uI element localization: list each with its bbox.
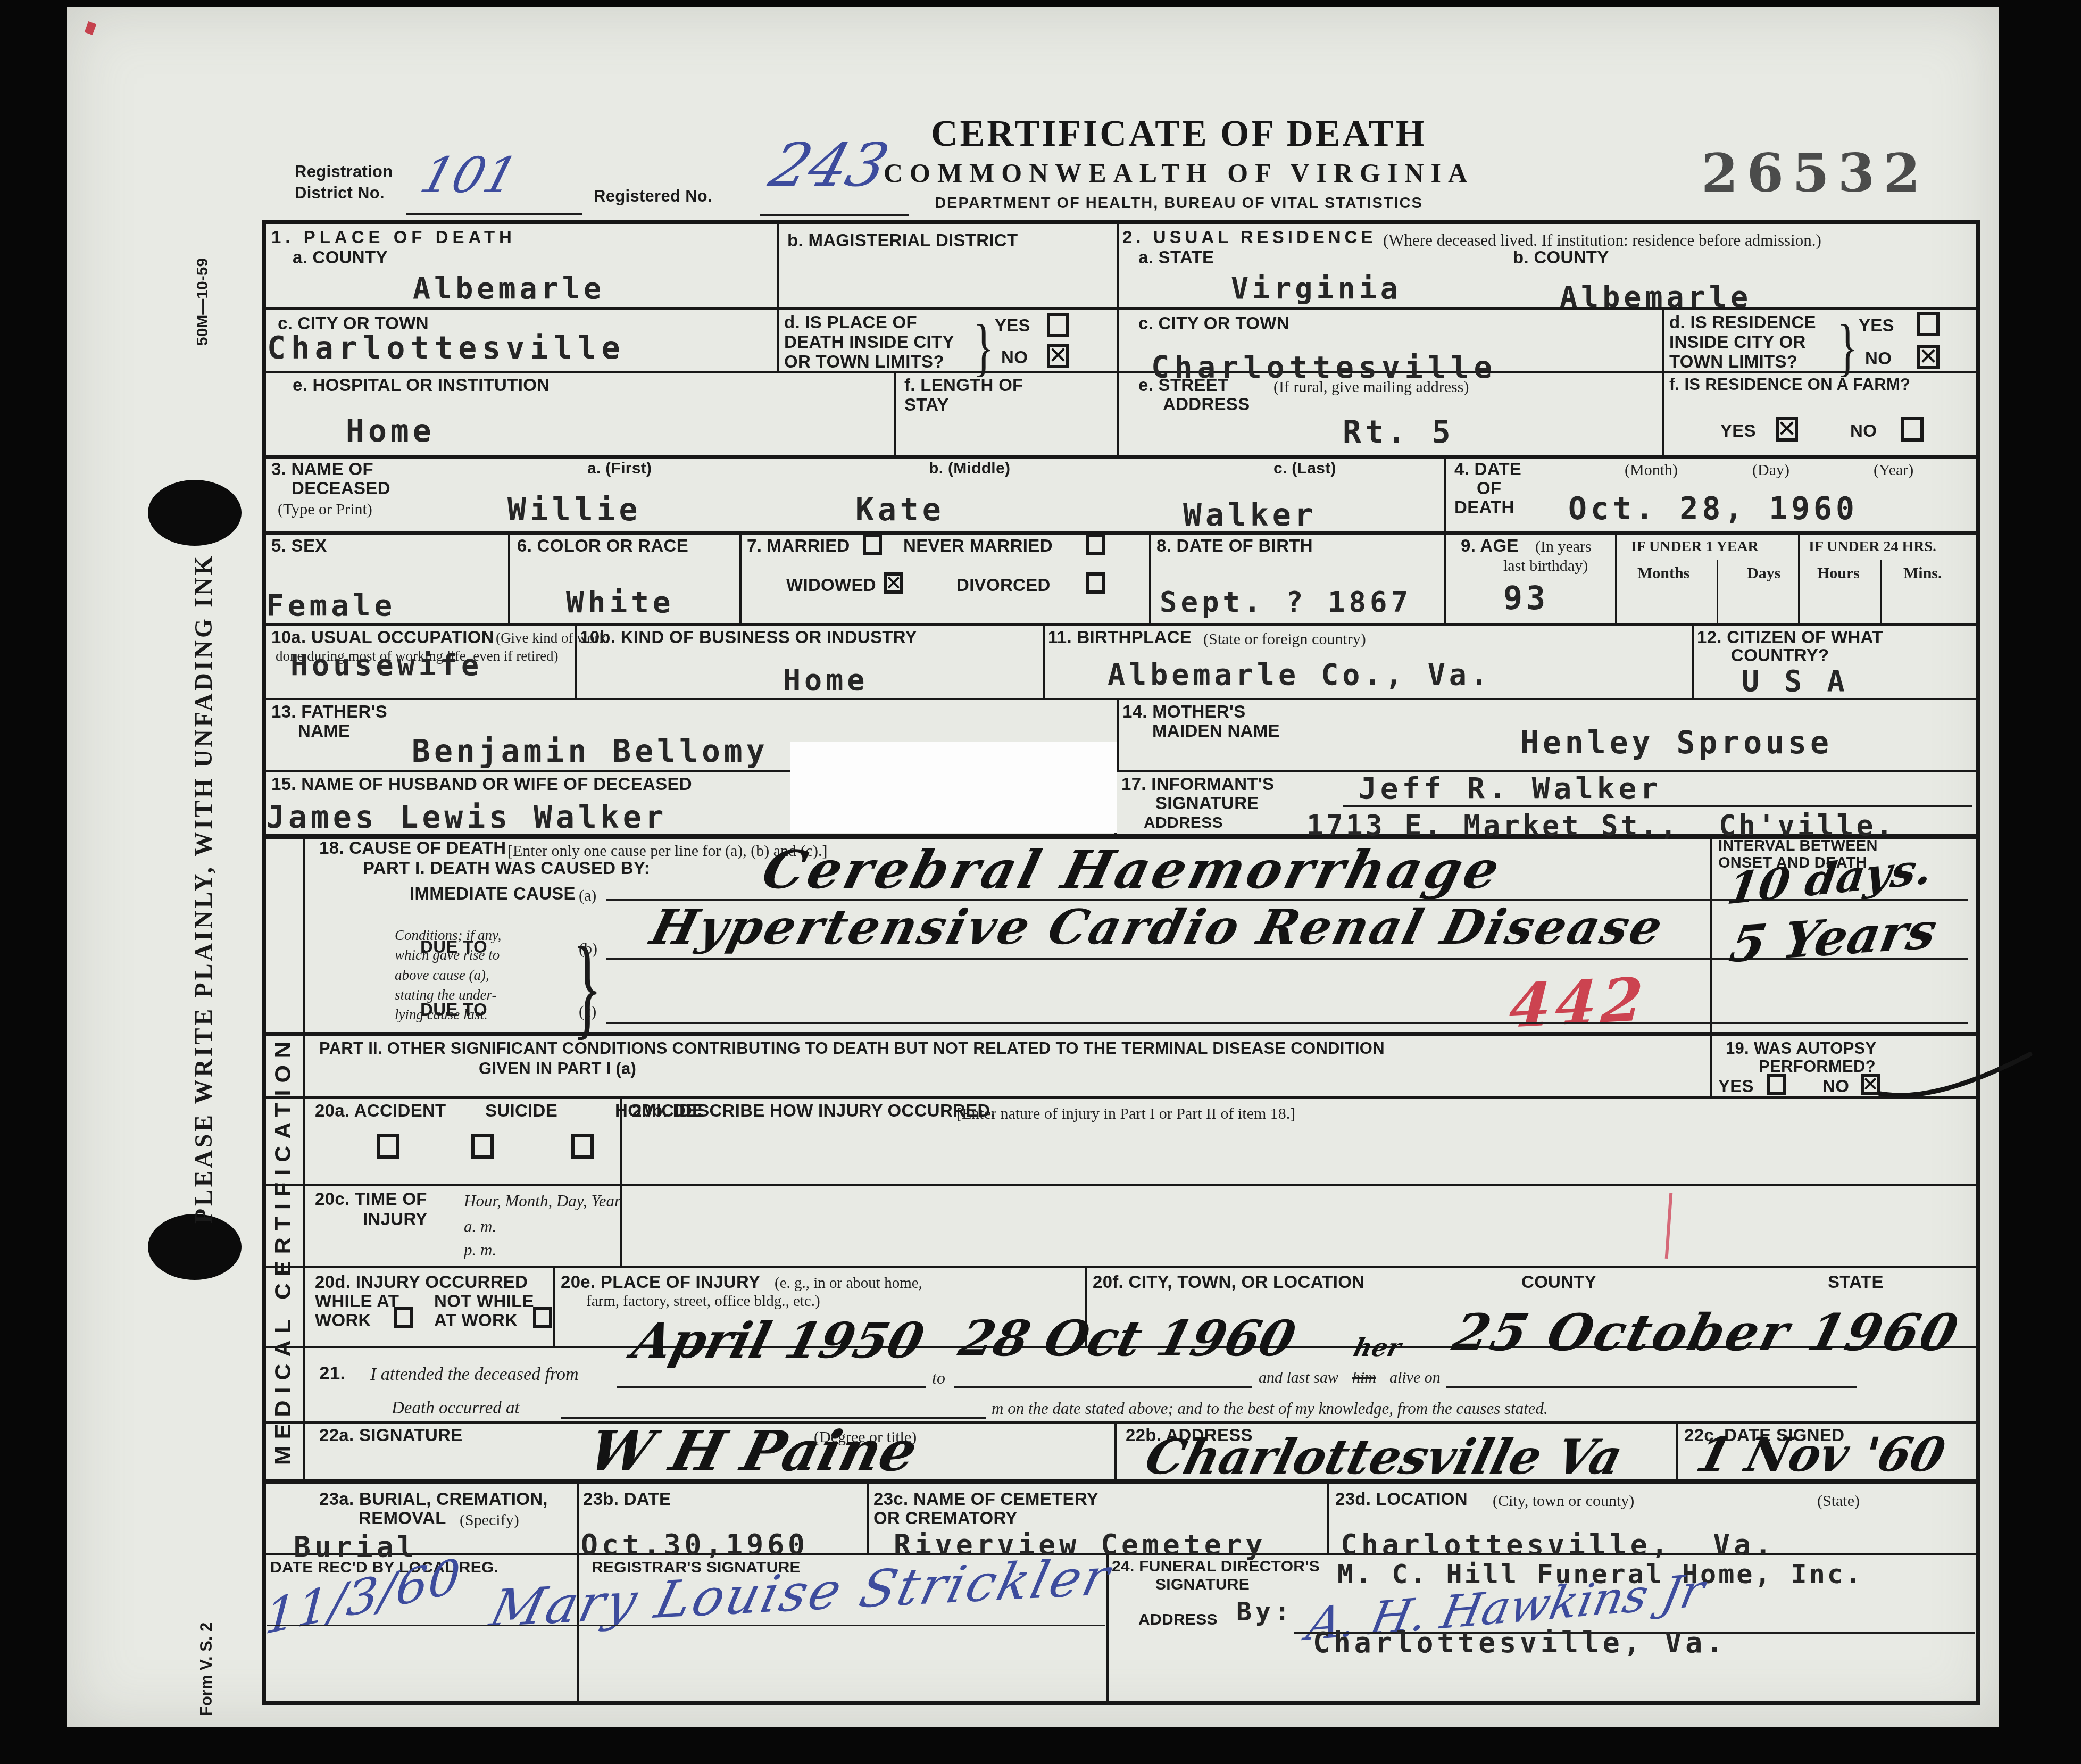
s2-county-label: b. COUNTY	[1513, 248, 1609, 268]
s23a-label: 23a. BURIAL, CREMATION,	[319, 1490, 548, 1509]
s18-cause-a-value: Cerebral Haemorrhage	[756, 839, 1509, 901]
s19-label: 19. WAS AUTOPSY	[1726, 1039, 1877, 1058]
s9-hours-label: Hours	[1817, 563, 1860, 584]
s2-farm-no-label: NO	[1850, 421, 1877, 441]
s10a-value: Housewife	[290, 648, 482, 682]
rule	[1327, 1484, 1329, 1553]
punch-hole-top	[148, 480, 242, 546]
s7-divorced-checkbox	[1086, 572, 1105, 594]
medical-certification-label: MEDICAL CERTIFICATION	[270, 880, 296, 1465]
autopsy-no-flourish	[1876, 1045, 2035, 1103]
s2-state-value: Virginia	[1231, 271, 1402, 305]
s23c-label: 23c. NAME OF CEMETERY	[873, 1490, 1098, 1509]
s9-note: (In years	[1535, 536, 1592, 557]
s21-to-word: to	[932, 1367, 945, 1389]
s12-value: U S A	[1742, 664, 1849, 698]
s20c-label2: INJURY	[363, 1210, 428, 1229]
s2-limits-no-checkbox: ✕	[1917, 345, 1940, 369]
s1-county-label: a. COUNTY	[293, 248, 388, 268]
s15-value: James Lewis Walker	[266, 799, 668, 835]
rule	[1043, 623, 1045, 698]
s9-under24-label: IF UNDER 24 HRS.	[1809, 537, 1936, 556]
s9-note2: last birthday)	[1503, 555, 1588, 576]
s20b-label: 20b. DESCRIBE HOW INJURY OCCURRED.	[632, 1101, 995, 1121]
rule	[1798, 531, 1800, 623]
rule	[1662, 307, 1664, 455]
s5-label: 5. SEX	[271, 536, 327, 556]
s6-value: White	[566, 585, 675, 620]
s24-by-label: By:	[1236, 1597, 1294, 1627]
s23b-value: Oct.30,1960	[581, 1529, 809, 1561]
s24-fd-label: 24. FUNERAL DIRECTOR'S	[1112, 1558, 1320, 1576]
s2-farm-yes-label: YES	[1720, 421, 1756, 441]
s19-yes-checkbox	[1767, 1074, 1786, 1095]
s20c-label: 20c. TIME OF	[315, 1189, 427, 1209]
rule	[1149, 531, 1151, 623]
rule	[1444, 455, 1446, 531]
s9-months-label: Months	[1637, 563, 1689, 584]
rule	[1117, 698, 1119, 770]
rule	[577, 1484, 579, 1553]
rule	[1717, 560, 1718, 623]
s2-limits-yes-checkbox	[1917, 312, 1940, 336]
s20f-county-label: COUNTY	[1521, 1272, 1596, 1292]
rule	[1880, 560, 1882, 623]
rule	[265, 1184, 1977, 1186]
s7-married-checkbox	[863, 534, 882, 555]
s4-label3: DEATH	[1454, 498, 1514, 518]
s20d-notwhile-checkbox	[533, 1307, 552, 1328]
print-code: 50M—10-59	[194, 186, 212, 346]
s7-never-checkbox	[1086, 534, 1105, 555]
s23d-value: Charlottesville, Va.	[1341, 1529, 1775, 1561]
s13-label: 13. FATHER'S	[271, 702, 387, 722]
s1-magisterial-label: b. MAGISTERIAL DISTRICT	[787, 231, 1018, 251]
s7-divorced-label: DIVORCED	[956, 576, 1051, 595]
s20a-accident-label: 20a. ACCIDENT	[315, 1101, 446, 1121]
s20d-not2: AT WORK	[434, 1311, 518, 1330]
s2-limits-label: d. IS RESIDENCE INSIDE CITY OR TOWN LIMI…	[1669, 313, 1816, 372]
s20c-pm: p. m.	[464, 1239, 496, 1261]
s20d-while-checkbox	[394, 1307, 413, 1328]
s21-him-struck: him	[1352, 1367, 1376, 1388]
s18-dueto-c-label: DUE TO	[420, 1000, 487, 1020]
s13-value: Benjamin Bellomy	[412, 733, 769, 769]
s3-note: (Type or Print)	[278, 499, 372, 520]
s21-text3: alive on	[1389, 1367, 1441, 1388]
s4-year-label: (Year)	[1874, 460, 1913, 480]
s23b-label: 23b. DATE	[583, 1490, 671, 1509]
margin-instruction: PLEASE WRITE PLAINLY, WITH UNFADING INK	[189, 548, 218, 1224]
s7-widowed-label: WIDOWED	[786, 576, 876, 595]
s11-note: (State or foreign country)	[1203, 629, 1366, 650]
district-no-label: District No.	[295, 184, 385, 203]
s2-state-label: a. STATE	[1138, 248, 1214, 268]
s18-part2b: GIVEN IN PART I (a)	[479, 1060, 636, 1078]
s22b-address-value: Charlottesville Va	[1140, 1429, 1628, 1485]
district-no-value: 101	[414, 147, 524, 204]
s4-date-value: Oct. 28, 1960	[1568, 490, 1858, 527]
s6-label: 6. COLOR OR RACE	[517, 536, 688, 556]
s20d-not1: NOT WHILE	[434, 1292, 534, 1311]
s18-dueto-b-label: DUE TO	[420, 937, 487, 957]
s2-no-label: NO	[1865, 349, 1892, 369]
district-no-line	[406, 213, 582, 215]
s10b-label: 10b. KIND OF BUSINESS OR INDUSTRY	[580, 628, 917, 647]
s18-b-label: (b)	[579, 938, 597, 959]
rule	[265, 1032, 1977, 1036]
s11-label: 11. BIRTHPLACE	[1048, 628, 1192, 647]
s1-hospital-label: e. HOSPITAL OR INSTITUTION	[293, 376, 550, 395]
s14-label2: MAIDEN NAME	[1152, 721, 1280, 741]
s20d-while2: WORK	[315, 1311, 371, 1330]
s1-city-value: Charlottesville	[267, 330, 626, 366]
certificate-title: CERTIFICATE OF DEATH	[876, 113, 1482, 155]
s18-immediate-label: IMMEDIATE CAUSE	[410, 884, 576, 904]
rule	[265, 1266, 1977, 1268]
s1-brace: }	[973, 311, 994, 384]
s1-yes-label: YES	[995, 316, 1030, 336]
s18-part2: PART II. OTHER SIGNIFICANT CONDITIONS CO…	[319, 1039, 1385, 1058]
rule	[265, 1421, 1977, 1424]
s2-brace: }	[1837, 311, 1858, 384]
s19-yes-label: YES	[1718, 1077, 1754, 1096]
s7-married-label: 7. MARRIED	[747, 536, 850, 556]
rule	[1676, 1421, 1678, 1479]
s9-under1-label: IF UNDER 1 YEAR	[1631, 537, 1759, 556]
s3-last-label: c. (Last)	[1273, 460, 1336, 478]
s20a-suicide-label: SUICIDE	[485, 1101, 557, 1121]
s2-street-value: Rt. 5	[1343, 414, 1454, 450]
s17-signature-line	[1343, 805, 1972, 807]
s20d-label: 20d. INJURY OCCURRED	[315, 1272, 528, 1292]
punch-hole-bottom	[148, 1214, 242, 1280]
s9-value: 93	[1503, 580, 1549, 617]
s24-fd-label2: SIGNATURE	[1155, 1576, 1250, 1594]
s2-farm-yes-checkbox: ✕	[1776, 417, 1798, 442]
s23a-note: (Specify)	[460, 1510, 519, 1530]
s18-red-code: 442	[1508, 964, 1649, 1041]
s21-num: 21.	[319, 1363, 346, 1384]
s18-c-label: (c)	[579, 1001, 596, 1022]
s14-value: Henley Sprouse	[1520, 725, 1833, 761]
s18-title: 18. CAUSE OF DEATH	[319, 838, 506, 858]
s18-part1: PART I. DEATH WAS CAUSED BY:	[363, 859, 650, 878]
s2-county-value: Albemarle	[1560, 280, 1752, 314]
s4-label2: OF	[1477, 479, 1501, 498]
s20b-note: [Enter nature of injury in Part I or Par…	[956, 1103, 1295, 1124]
s3-label2: DECEASED	[292, 479, 390, 498]
s21-to-value: 28 Oct 1960	[954, 1310, 1302, 1367]
s23a-label2: REMOVAL	[359, 1509, 446, 1528]
s1-title: 1. PLACE OF DEATH	[271, 228, 516, 247]
rule	[894, 371, 896, 455]
commonwealth-subtitle: COMMONWEALTH OF VIRGINIA	[833, 157, 1525, 188]
s22c-date-value: 1 Nov '60	[1691, 1427, 1951, 1482]
s2-city-label: c. CITY OR TOWN	[1138, 314, 1289, 334]
s3-label: 3. NAME OF	[271, 460, 373, 479]
rule	[303, 839, 305, 1479]
red-ink-mark	[85, 21, 97, 35]
s17-address-label: ADDRESS	[1144, 814, 1223, 832]
s21-lastseen-line	[1446, 1386, 1857, 1388]
s24-address-label: ADDRESS	[1138, 1611, 1218, 1629]
s1-limits-yes-checkbox	[1047, 313, 1069, 337]
s20e-label: 20e. PLACE OF INJURY	[561, 1272, 760, 1292]
s18-a-label: (a)	[579, 885, 596, 906]
s7-widowed-checkbox: ✕	[884, 572, 903, 594]
s21-from-line	[617, 1386, 926, 1388]
s20a-suicide-checkbox	[471, 1134, 494, 1159]
s20f-label: 20f. CITY, TOWN, OR LOCATION	[1093, 1272, 1364, 1292]
s2-street-note: (If rural, give mailing address)	[1273, 377, 1469, 397]
s12-label2: COUNTRY?	[1731, 646, 1829, 665]
rule	[739, 531, 742, 623]
s1-length-label: f. LENGTH OF STAY	[904, 376, 1023, 415]
s21-lastseen-value: 25 October 1960	[1447, 1303, 1966, 1362]
s20c-am: a. m.	[464, 1216, 496, 1237]
rule	[265, 623, 1977, 626]
rule	[620, 1099, 622, 1266]
rule	[265, 531, 1977, 535]
s10b-value: Home	[783, 663, 868, 697]
s1-hospital-value: Home	[346, 413, 435, 449]
s20e-note2: farm, factory, street, office bldg., etc…	[586, 1292, 820, 1312]
s3-middle-label: b. (Middle)	[929, 460, 1010, 478]
rule	[777, 223, 779, 371]
s15-label: 15. NAME OF HUSBAND OR WIFE OF DECEASED	[271, 775, 692, 794]
rule	[1710, 839, 1712, 1096]
form-code: Form V. S. 2	[197, 1557, 216, 1716]
s7-never-label: NEVER MARRIED	[903, 536, 1053, 556]
s9-days-label: Days	[1747, 563, 1780, 584]
rule	[553, 1266, 555, 1346]
s21-text2: and last saw	[1259, 1367, 1338, 1388]
registration-label: Registration	[295, 163, 393, 181]
s1-limits-label: d. IS PLACE OF DEATH INSIDE CITY OR TOWN…	[784, 313, 954, 372]
s11-value: Albemarle Co., Va.	[1108, 658, 1492, 692]
registered-no-label: Registered No.	[594, 187, 712, 206]
s17-label: 17. INFORMANT'S	[1121, 775, 1274, 794]
s22a-degree-note: (Degree or title)	[814, 1427, 917, 1447]
certificate-number-stamp: 26532	[1701, 142, 1929, 204]
s4-day-label: (Day)	[1752, 460, 1789, 480]
department-line: DEPARTMENT OF HEALTH, BUREAU OF VITAL ST…	[833, 195, 1525, 212]
s21-text1: I attended the deceased from	[370, 1363, 579, 1386]
s8-label: 8. DATE OF BIRTH	[1156, 536, 1313, 556]
s9-mins-label: Mins.	[1903, 563, 1942, 584]
rule	[867, 1484, 869, 1553]
s21-death-text2: m on the date stated above; and to the b…	[992, 1398, 1548, 1419]
rule	[1615, 531, 1617, 623]
s20c-note: Hour, Month, Day, Year	[464, 1191, 621, 1212]
redaction-box	[790, 742, 1117, 833]
s1-county-value: Albemarle	[413, 271, 605, 305]
rule	[1444, 531, 1446, 623]
s4-month-label: (Month)	[1625, 460, 1678, 480]
s2-street-label: e. STREET	[1138, 376, 1229, 395]
s1-limits-no-checkbox: ✕	[1047, 344, 1069, 368]
s20f-state-label: STATE	[1828, 1272, 1884, 1292]
s3-middle-value: Kate	[855, 492, 945, 528]
s20a-accident-checkbox	[377, 1134, 399, 1159]
s2-farm-no-checkbox	[1901, 417, 1924, 442]
s21-her-correction: her	[1351, 1333, 1404, 1362]
s17-label2: SIGNATURE	[1155, 794, 1259, 813]
rule	[1117, 223, 1119, 455]
s3-first-value: Willie	[507, 492, 642, 528]
s13-label2: NAME	[298, 721, 350, 741]
s21-to-line	[954, 1386, 1252, 1388]
rule	[265, 455, 1977, 459]
s1-no-label: NO	[1001, 348, 1028, 368]
s3-first-label: a. (First)	[587, 460, 652, 478]
rule	[1692, 623, 1694, 698]
s2-street-label2: ADDRESS	[1163, 395, 1250, 414]
rule	[1114, 1421, 1117, 1479]
s23d-state-note: (State)	[1817, 1491, 1860, 1511]
s17-signature-value: Jeff R. Walker	[1359, 771, 1662, 806]
s10a-label: 10a. USUAL OCCUPATION	[271, 628, 494, 647]
death-certificate-scan: 50M—10-59 PLEASE WRITE PLAINLY, WITH UNF…	[0, 0, 2081, 1764]
s23c-label2: OR CREMATORY	[873, 1509, 1018, 1528]
s18-cause-b-value: Hypertensive Cardio Renal Disease	[645, 899, 1670, 955]
s4-label: 4. DATE	[1454, 460, 1521, 479]
s18-line-c	[606, 1022, 1968, 1024]
s20e-note: (e. g., in or about home,	[775, 1274, 922, 1294]
s9-label: 9. AGE	[1461, 536, 1519, 556]
rule	[508, 531, 510, 623]
rule	[265, 770, 1977, 772]
s8-value: Sept. ? 1867	[1160, 585, 1412, 619]
s20a-homicide-checkbox	[571, 1134, 594, 1159]
s3-last-value: Walker	[1183, 497, 1317, 533]
certificate-paper: 50M—10-59 PLEASE WRITE PLAINLY, WITH UNF…	[67, 7, 1999, 1727]
s24-fd-address: Charlottesville, Va.	[1313, 1627, 1727, 1659]
s2-yes-label: YES	[1859, 316, 1894, 336]
s23d-label: 23d. LOCATION	[1335, 1490, 1468, 1509]
s12-label: 12. CITIZEN OF WHAT	[1697, 628, 1883, 647]
s21-from-value: April 1950	[627, 1312, 930, 1369]
s21-death-text1: Death occurred at	[392, 1397, 520, 1420]
s2-farm-label: f. IS RESIDENCE ON A FARM?	[1669, 376, 1910, 394]
registered-no-line	[760, 214, 909, 216]
s22a-label: 22a. SIGNATURE	[319, 1426, 463, 1445]
s14-label: 14. MOTHER'S	[1122, 702, 1246, 722]
s19-no-label: NO	[1822, 1077, 1849, 1096]
s5-value: Female	[266, 588, 396, 623]
s2-title: 2. USUAL RESIDENCE	[1122, 228, 1376, 247]
rule	[265, 698, 1977, 700]
s23d-note: (City, town or county)	[1493, 1491, 1634, 1511]
s20d-while1: WHILE AT	[315, 1292, 399, 1311]
s24-registrar-line	[267, 1625, 1105, 1626]
